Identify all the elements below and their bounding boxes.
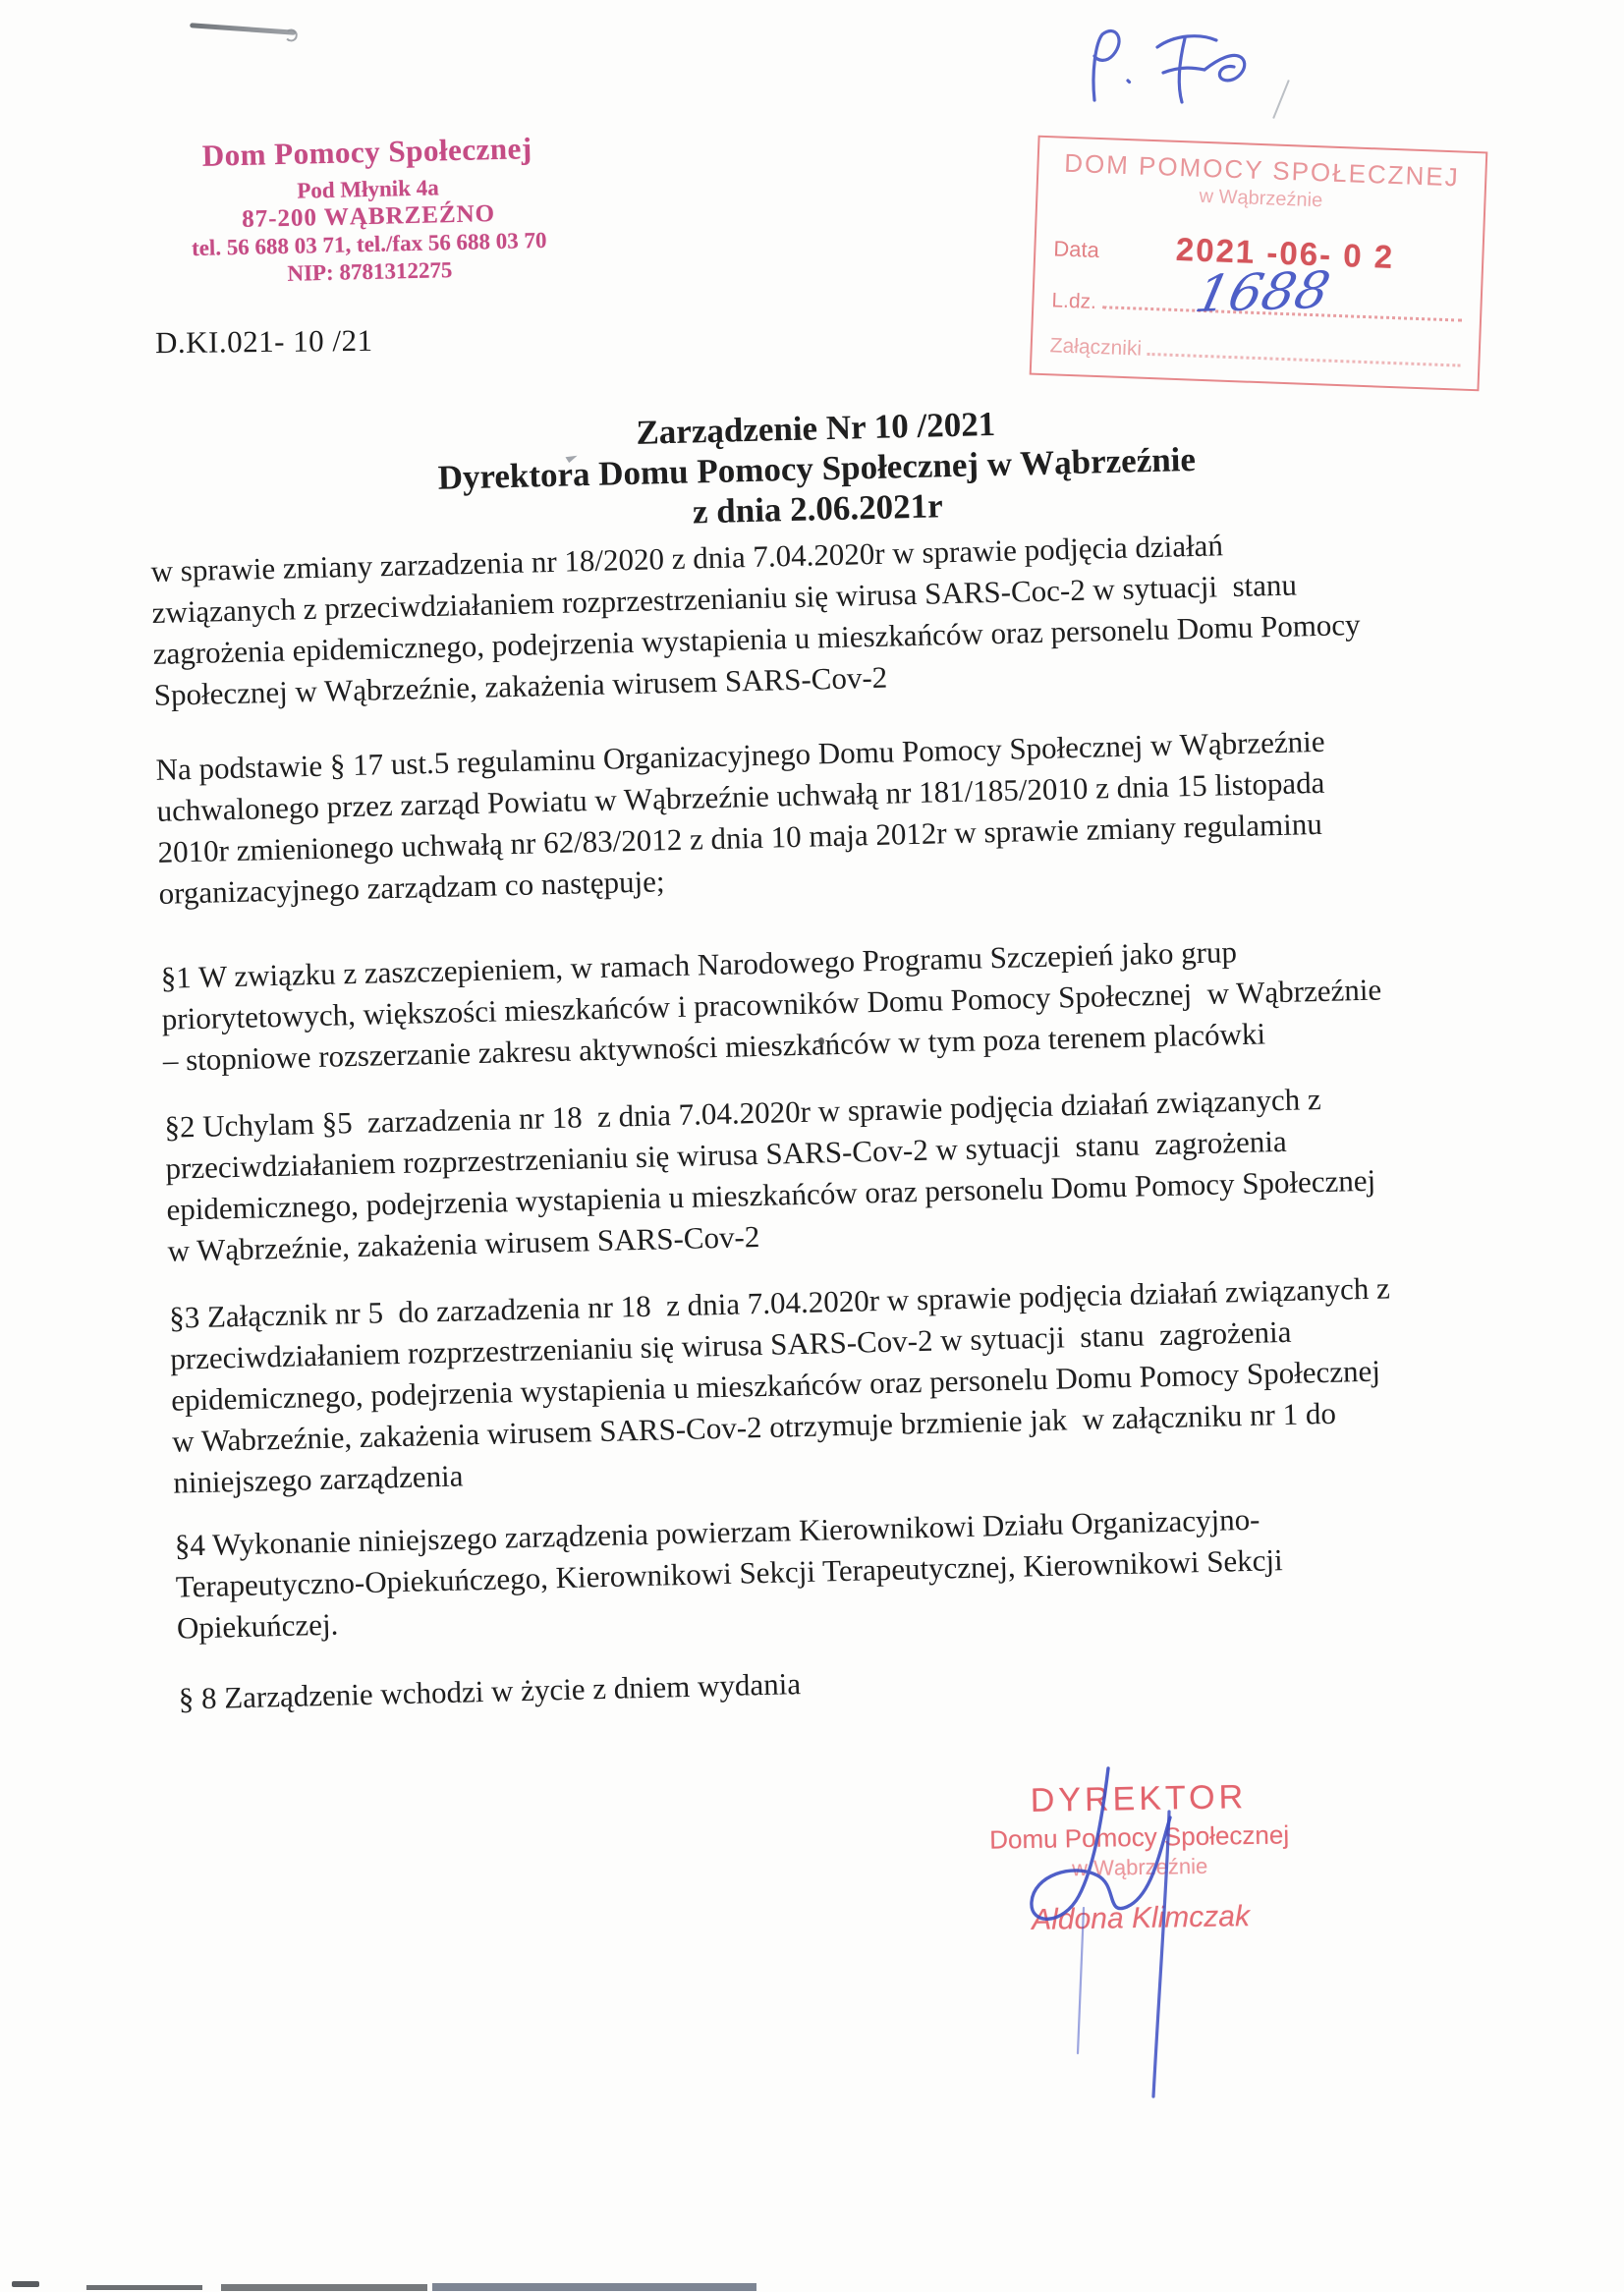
document-title: Zarządzenie Nr 10 /2021Dyrektora Domu Po… [147, 392, 1486, 545]
paragraph-4: §4 Wykonanie niniejszego zarządzenia pow… [174, 1492, 1513, 1649]
letterhead-stamp: Dom Pomocy SpołecznejPod Młynik 4a87-200… [136, 131, 600, 292]
paragraph-legal-basis: Na podstawie § 17 ust.5 regulaminu Organ… [155, 717, 1495, 915]
paragraph-2: §2 Uchylam §5 zarzadzenia nr 18 z dnia 7… [164, 1075, 1504, 1272]
handwritten-ldz-number: 1688 [1190, 261, 1334, 324]
text-line: § 8 Zarządzenie wchodzi w życie z dniem … [178, 1646, 1515, 1719]
scan-edge-artifact [432, 2283, 756, 2291]
scanned-document-page: Dom Pomocy SpołecznejPod Młynik 4a87-200… [0, 0, 1624, 2292]
paragraph-3: §3 Załącznik nr 5 do zarzadzenia nr 18 z… [169, 1265, 1510, 1504]
scan-edge-artifact [221, 2284, 427, 2291]
intake-ldz-label: L.dz. [1051, 289, 1096, 314]
intake-stamp-box: DOM POMOCY SPOŁECZNEJ w Wąbrzeźnie Data … [1030, 136, 1488, 392]
paragraph-subject: w sprawie zmiany zarzadzenia nr 18/2020 … [150, 519, 1490, 716]
scan-edge-artifact [86, 2285, 202, 2290]
handwritten-signature [1002, 1761, 1258, 2104]
paragraph-1: §1 W związku z zaszczepieniem, w ramach … [160, 925, 1499, 1082]
reference-number: D.KI.021- 10 /21 [155, 323, 373, 361]
handwritten-note-p-fk [1071, 22, 1287, 120]
document-body: Zarządzenie Nr 10 /2021Dyrektora Domu Po… [147, 392, 1515, 1720]
intake-attachments-label: Załączniki [1049, 334, 1142, 361]
scan-artifact-mark [190, 23, 296, 39]
intake-date-label: Data [1053, 236, 1099, 263]
scan-speck-par1 [818, 1037, 824, 1045]
scan-edge-artifact [12, 2281, 39, 2287]
dotted-line [1148, 339, 1461, 367]
text-line: Dom Pomocy Społecznej [136, 131, 598, 175]
paragraph-8: § 8 Zarządzenie wchodzi w życie z dniem … [178, 1646, 1515, 1719]
